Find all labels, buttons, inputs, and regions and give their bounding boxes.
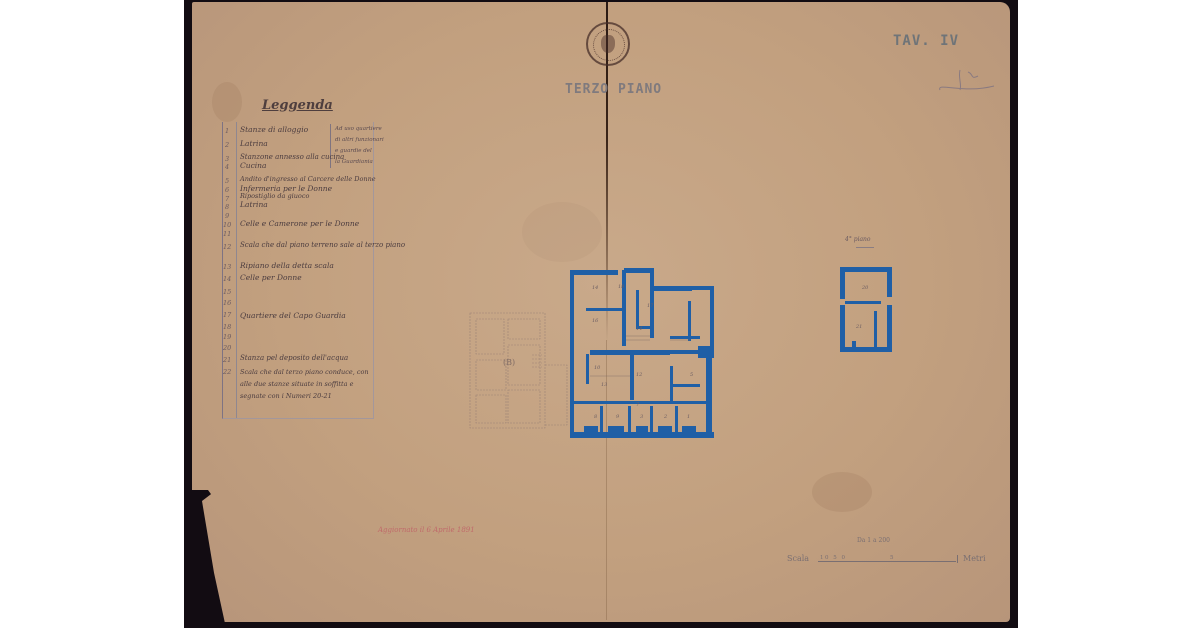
main-floor-plan (570, 266, 716, 438)
legend-number: 20 (223, 344, 231, 352)
room-number: 9 (616, 414, 619, 420)
room-number: 10 (594, 365, 600, 371)
legend-number: 17 (223, 311, 231, 319)
legend-number: 3 (225, 155, 229, 163)
room-number: 18 (618, 284, 624, 290)
legend-entry: Celle e Camerone per le Donne (240, 219, 359, 228)
legend-entry: Stanzone annesso alla cucina (240, 153, 344, 161)
legend-title: Leggenda (262, 98, 333, 113)
legend-number: 14 (223, 275, 231, 283)
paper-stain (812, 472, 872, 512)
legend-number: 21 (223, 356, 231, 364)
plate-number: TAV. IV (893, 33, 959, 49)
scale-tick-end (957, 555, 958, 563)
official-seal-icon (586, 22, 630, 66)
legend-number: 12 (223, 243, 231, 251)
scale-label: Scala (787, 554, 809, 563)
annex-floor-label: 4° piano (845, 236, 871, 243)
bracket-note: Ad uso quartiere (335, 126, 382, 132)
room-number: 16 (592, 318, 598, 324)
legend-entry: Latrina (240, 139, 268, 148)
room-number: 20 (862, 285, 868, 291)
legend-number: 10 (223, 221, 231, 229)
room-number: 14 (636, 326, 642, 332)
adjacent-building-outline (462, 305, 572, 430)
building-b-label: (B) (503, 358, 515, 367)
room-number: 2 (664, 414, 667, 420)
legend-entry: Scala che dal terzo piano conduce, con a… (240, 366, 370, 402)
legend-number: 11 (223, 230, 231, 238)
room-number: 3 (640, 414, 643, 420)
legend-entry: Andito d'ingresso al Carcere delle Donne (240, 175, 376, 183)
room-number: 13 (601, 382, 607, 388)
annex-label-underline (856, 247, 874, 248)
scale-unit: Metri (963, 554, 986, 563)
legend-entry: Ripostiglio da giuoco (240, 192, 309, 200)
legend-entry: Scala che dal piano terreno sale al terz… (240, 241, 405, 249)
legend-entry: Quartiere del Capo Guardia (240, 311, 346, 320)
room-number: 1 (687, 414, 690, 420)
room-number: 7 (636, 402, 639, 408)
scale-ratio: Da 1 a 200 (857, 537, 890, 544)
room-number: 12 (636, 372, 642, 378)
signature-flourish-icon (934, 64, 1002, 96)
legend-divider (236, 122, 237, 418)
legend-entry: Latrina (240, 200, 268, 209)
legend-number: 4 (225, 163, 229, 171)
paper-stain (522, 202, 602, 262)
legend-number: 13 (223, 263, 231, 271)
legend-entry: Stanze di alloggio (240, 125, 308, 134)
legend-number: 2 (225, 141, 229, 149)
legend-number: 22 (223, 368, 231, 376)
annex-floor-plan (838, 265, 894, 353)
legend-number: 1 (225, 127, 229, 135)
room-number: 21 (856, 324, 862, 330)
legend-number: 15 (223, 288, 231, 296)
scale-bar (818, 561, 956, 562)
legend-number: 9 (225, 212, 229, 220)
floor-title: TERZO PIANO (565, 82, 662, 97)
room-number: 8 (594, 414, 597, 420)
legend-number: 19 (223, 333, 231, 341)
update-note: Aggiornato il 6 Aprile 1891 (378, 526, 475, 534)
legend-number: 8 (225, 203, 229, 211)
paper-stain (212, 82, 242, 122)
legend-entry: Stanza pel deposito dell'acqua (240, 354, 348, 362)
room-number: 5 (690, 372, 693, 378)
legend-entry: Cucina (240, 161, 266, 170)
legend-entry: Celle per Donne (240, 273, 302, 282)
legend-number: 6 (225, 186, 229, 194)
legend-number: 18 (223, 323, 231, 331)
legend-number: 16 (223, 299, 231, 307)
legend-entry: Ripiano della detta scala (240, 261, 334, 270)
legend-number: 7 (225, 195, 229, 203)
room-number: 17 (647, 303, 653, 309)
room-number: 14 (592, 285, 598, 291)
legend-number: 5 (225, 177, 229, 185)
bracket-note: di altri funzionari (335, 137, 384, 143)
